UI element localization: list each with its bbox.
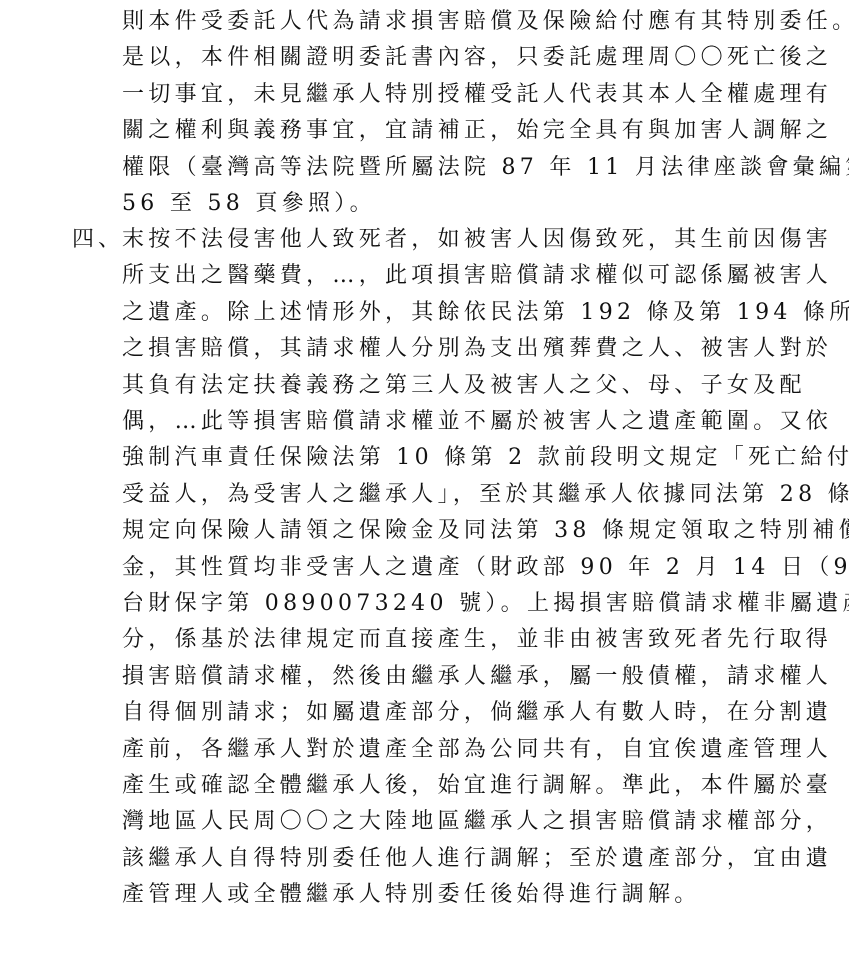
text-line: 受益人，為受害人之繼承人」，至於其繼承人依據同法第 28 條 <box>122 477 849 513</box>
text-line: 所支出之醫藥費，…，此項損害賠償請求權似可認係屬被害人 <box>122 258 832 294</box>
text-line: 分，係基於法律規定而直接產生，並非由被害致死者先行取得 <box>122 622 832 658</box>
text-line: 末按不法侵害他人致死者，如被害人因傷致死，其生前因傷害 <box>122 222 832 258</box>
list-marker: 四、 <box>72 222 124 258</box>
text-line: 之遺產。除上述情形外，其餘依民法第 192 條及第 194 條所定 <box>122 295 849 331</box>
text-line: 權限（臺灣高等法院暨所屬法院 87 年 11 月法律座談會彙編第 <box>122 150 849 186</box>
text-line: 其負有法定扶養義務之第三人及被害人之父、母、子女及配 <box>122 368 806 404</box>
text-line: 56 至 58 頁參照）。 <box>122 186 376 222</box>
text-line: 該繼承人自得特別委任他人進行調解；至於遺產部分，宜由遺 <box>122 841 832 877</box>
text-line: 自得個別請求；如屬遺產部分，倘繼承人有數人時，在分割遺 <box>122 695 832 731</box>
text-line: 則本件受委託人代為請求損害賠償及保險給付應有其特別委任。 <box>122 4 849 40</box>
text-line: 金，其性質均非受害人之遺產（財政部 90 年 2 月 14 日（90） <box>122 550 849 586</box>
text-line: 規定向保險人請領之保險金及同法第 38 條規定領取之特別補償 <box>122 513 849 549</box>
text-line: 灣地區人民周〇〇之大陸地區繼承人之損害賠償請求權部分， <box>122 804 832 840</box>
text-line: 損害賠償請求權，然後由繼承人繼承，屬一般債權，請求權人 <box>122 659 832 695</box>
text-line: 產前，各繼承人對於遺產全部為公同共有，自宜俟遺產管理人 <box>122 732 832 768</box>
text-line: 關之權利與義務事宜，宜請補正，始完全具有與加害人調解之 <box>122 113 832 149</box>
text-line: 偶，…此等損害賠償請求權並不屬於被害人之遺產範圍。又依 <box>122 404 832 440</box>
text-line: 產管理人或全體繼承人特別委任後始得進行調解。 <box>122 877 701 913</box>
text-line: 台財保字第 0890073240 號）。上揭損害賠償請求權非屬遺產部 <box>122 586 849 622</box>
text-line: 之損害賠償，其請求權人分別為支出殯葬費之人、被害人對於 <box>122 331 832 367</box>
text-line: 是以，本件相關證明委託書內容，只委託處理周〇〇死亡後之 <box>122 40 832 76</box>
text-line: 產生或確認全體繼承人後，始宜進行調解。準此，本件屬於臺 <box>122 768 832 804</box>
text-line: 強制汽車責任保險法第 10 條第 2 款前段明文規定「死亡給付之 <box>122 440 849 476</box>
text-line: 一切事宜，未見繼承人特別授權受託人代表其本人全權處理有 <box>122 77 832 113</box>
document-page: 則本件受委託人代為請求損害賠償及保險給付應有其特別委任。 是以，本件相關證明委託… <box>0 0 849 956</box>
